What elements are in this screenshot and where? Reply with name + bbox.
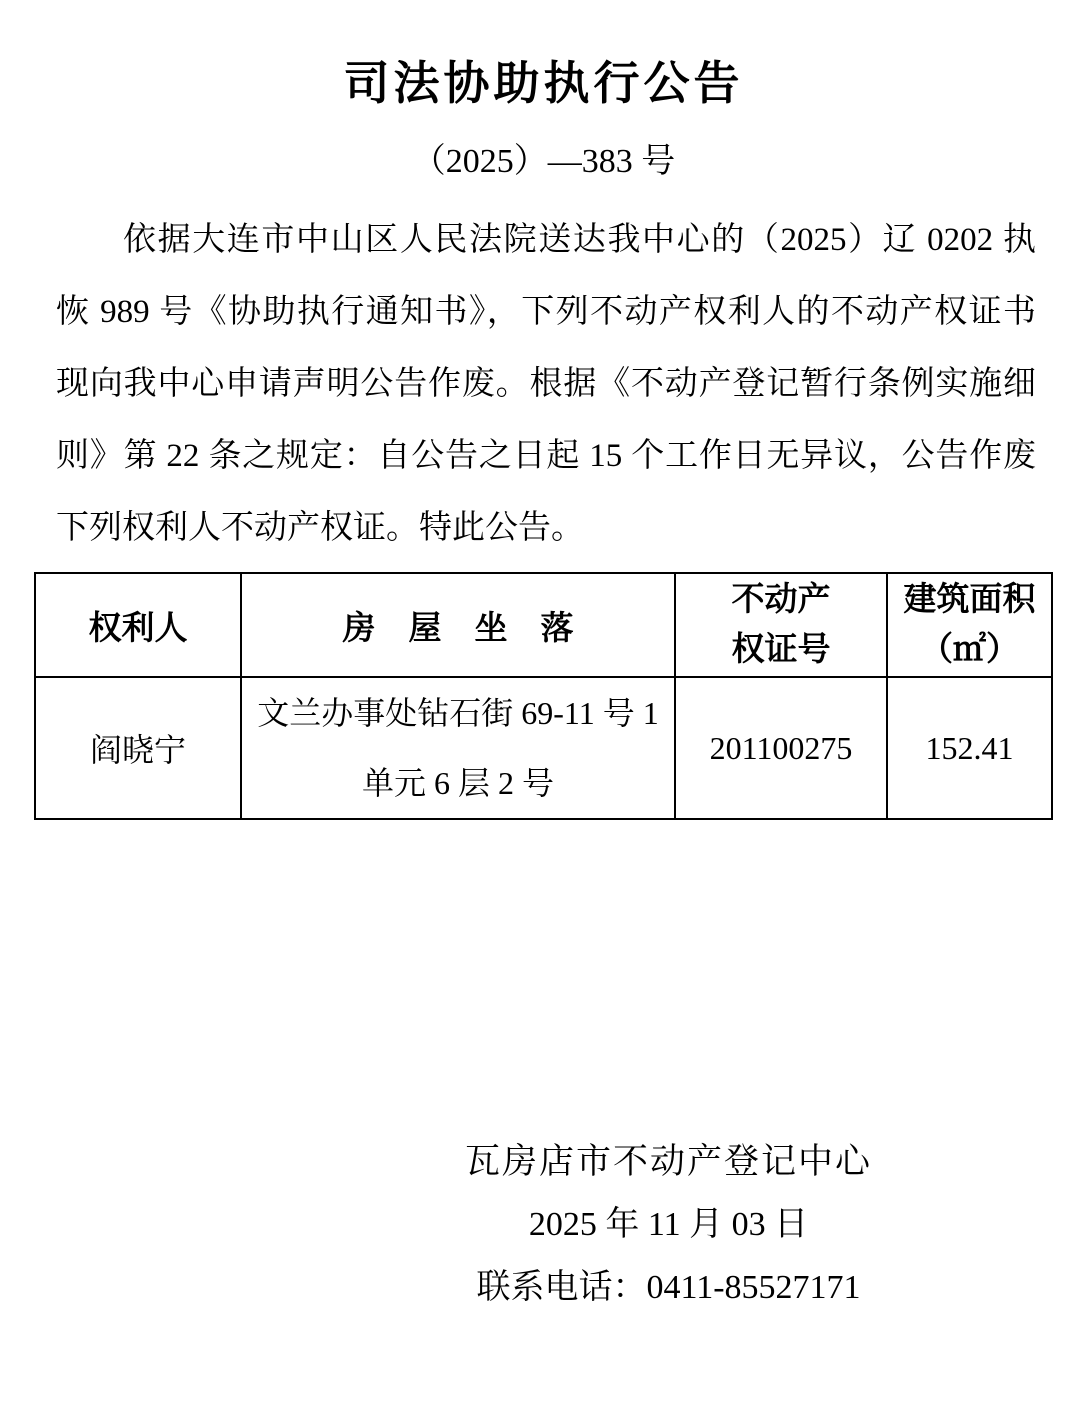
- body-paragraph: 依据大连市中山区人民法院送达我中心的（2025）辽 0202 执 恢 989 号…: [56, 204, 1036, 564]
- footer-date: 2025 年 11 月 03 日: [250, 1193, 1087, 1256]
- document-page: 司法协助执行公告 （2025）—383 号 依据大连市中山区人民法院送达我中心的…: [0, 0, 1087, 1408]
- announcement-table: 权利人 房 屋 坐 落 不动产 权证号 建筑面积 （㎡） 阎晓宁 文兰办事处钻石…: [34, 572, 1053, 820]
- body-line-2: 恢 989 号《协助执行通知书》，下列不动产权利人的不动产权证书: [56, 276, 1036, 348]
- cell-owner: 阎晓宁: [35, 677, 241, 819]
- col-header-area: 建筑面积 （㎡）: [887, 573, 1052, 677]
- body-line-3: 现向我中心申请声明公告作废。根据《不动产登记暂行条例实施细: [56, 348, 1036, 420]
- cell-address-line2: 单元 6 层 2 号: [242, 748, 674, 818]
- cell-address: 文兰办事处钻石街 69-11 号 1 单元 6 层 2 号: [241, 677, 675, 819]
- col-header-owner: 权利人: [35, 573, 241, 677]
- col-header-cert-no: 不动产 权证号: [675, 573, 887, 677]
- footer-phone: 联系电话：0411-85527171: [250, 1256, 1087, 1319]
- body-line-4: 则》第 22 条之规定：自公告之日起 15 个工作日无异议，公告作废: [56, 420, 1036, 492]
- col-header-cert-line1: 不动产: [676, 575, 886, 625]
- col-header-cert-line2: 权证号: [676, 625, 886, 675]
- footer-block: 瓦房店市不动产登记中心 2025 年 11 月 03 日 联系电话：0411-8…: [250, 1130, 1087, 1319]
- footer-issuer: 瓦房店市不动产登记中心: [250, 1130, 1087, 1193]
- col-header-area-line2: （㎡）: [888, 625, 1051, 675]
- body-line-5: 下列权利人不动产权证。特此公告。: [56, 492, 1036, 564]
- body-line-1: 依据大连市中山区人民法院送达我中心的（2025）辽 0202 执: [56, 204, 1036, 276]
- col-header-address: 房 屋 坐 落: [241, 573, 675, 677]
- cell-cert-no: 201100275: [675, 677, 887, 819]
- cell-address-line1: 文兰办事处钻石街 69-11 号 1: [242, 678, 674, 748]
- doc-number: （2025）—383 号: [0, 140, 1087, 184]
- page-title: 司法协助执行公告: [0, 58, 1087, 110]
- table-header-row: 权利人 房 屋 坐 落 不动产 权证号 建筑面积 （㎡）: [35, 573, 1052, 677]
- col-header-area-line1: 建筑面积: [888, 575, 1051, 625]
- cell-area: 152.41: [887, 677, 1052, 819]
- table-row: 阎晓宁 文兰办事处钻石街 69-11 号 1 单元 6 层 2 号 201100…: [35, 677, 1052, 819]
